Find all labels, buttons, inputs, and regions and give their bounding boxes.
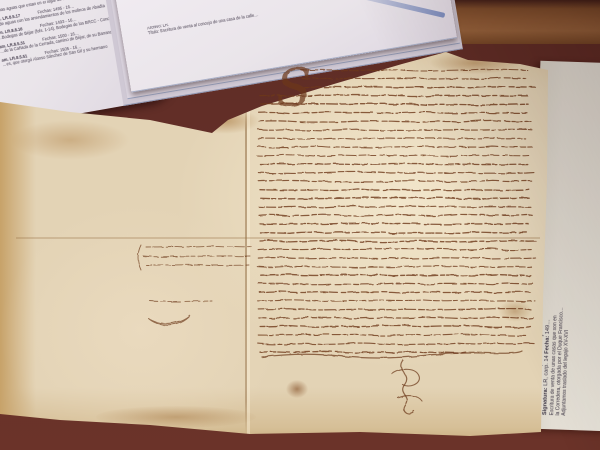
- signatura-label: Signatura:: [542, 387, 549, 415]
- fold-crease-horizontal: [16, 237, 540, 239]
- parchment-stain: [498, 300, 532, 322]
- parchment-stain: [286, 380, 308, 398]
- parchment-stain: [430, 52, 520, 74]
- parchment-stain: [10, 120, 130, 160]
- fold-crease-vertical: [245, 104, 247, 434]
- signatura-value: LR, carp. 14: [543, 355, 550, 386]
- fecha-label: Fecha:: [544, 336, 551, 354]
- fold-crease-highlight: [247, 104, 250, 434]
- fecha-value: 149…: [545, 319, 552, 334]
- folder-sheet-text: Archivo: LR. Título: Escritura de venta …: [147, 0, 474, 36]
- parchment-stain: [96, 406, 256, 428]
